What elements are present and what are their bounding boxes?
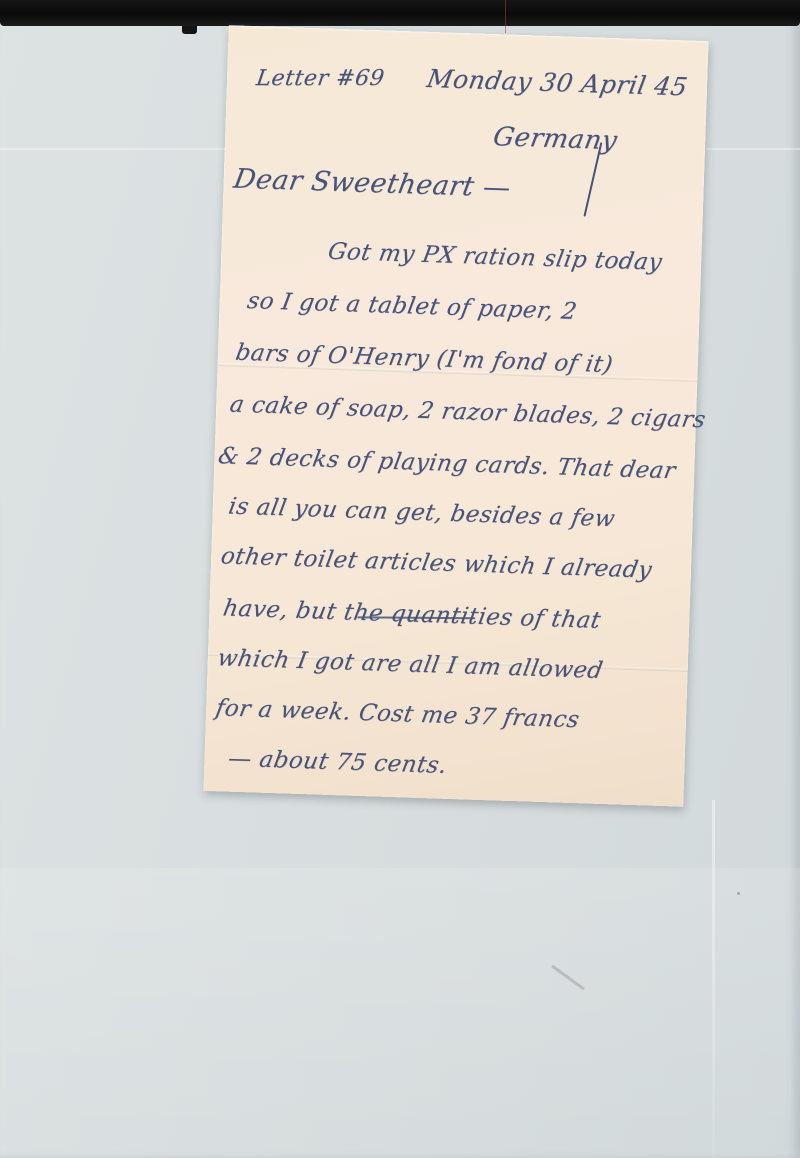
scanned-letter-image: Letter #69 Monday 30 April 45 Germany De… [0, 0, 800, 1158]
letter-line: bars of O'Henry (I'm fond of it) [234, 340, 615, 378]
scanner-bar-notch [182, 26, 197, 34]
dust-speck [737, 892, 740, 895]
letter-line: Got my PX ration slip today [326, 239, 664, 276]
scanner-bed-scratch [551, 965, 585, 991]
letter-line: have, but the quantities of that [221, 595, 603, 633]
letter-date: Monday 30 April 45 [425, 64, 690, 101]
scanner-bed-band [0, 868, 800, 1148]
letter-line: which I got are all I am allowed [215, 645, 605, 684]
letter-line: — about 75 cents. [226, 746, 449, 779]
scanner-bar [0, 0, 800, 26]
letter-salutation: Dear Sweetheart — [231, 164, 513, 204]
scan-artifact-line [505, 0, 506, 33]
letter-line: a cake of soap, 2 razor blades, 2 cigars [228, 392, 708, 434]
letter-line: other toilet articles which I already [219, 543, 654, 583]
letter-line: is all you can get, besides a few [226, 494, 617, 533]
letter-number: Letter #69 [255, 66, 386, 91]
letter-page: Letter #69 Monday 30 April 45 Germany De… [203, 25, 708, 806]
scanner-bed-streak [712, 800, 715, 1158]
letter-line: & 2 decks of playing cards. That dear [216, 443, 678, 484]
letter-line: so I got a tablet of paper, 2 [245, 288, 579, 325]
letter-line: for a week. Cost me 37 francs [214, 695, 582, 733]
